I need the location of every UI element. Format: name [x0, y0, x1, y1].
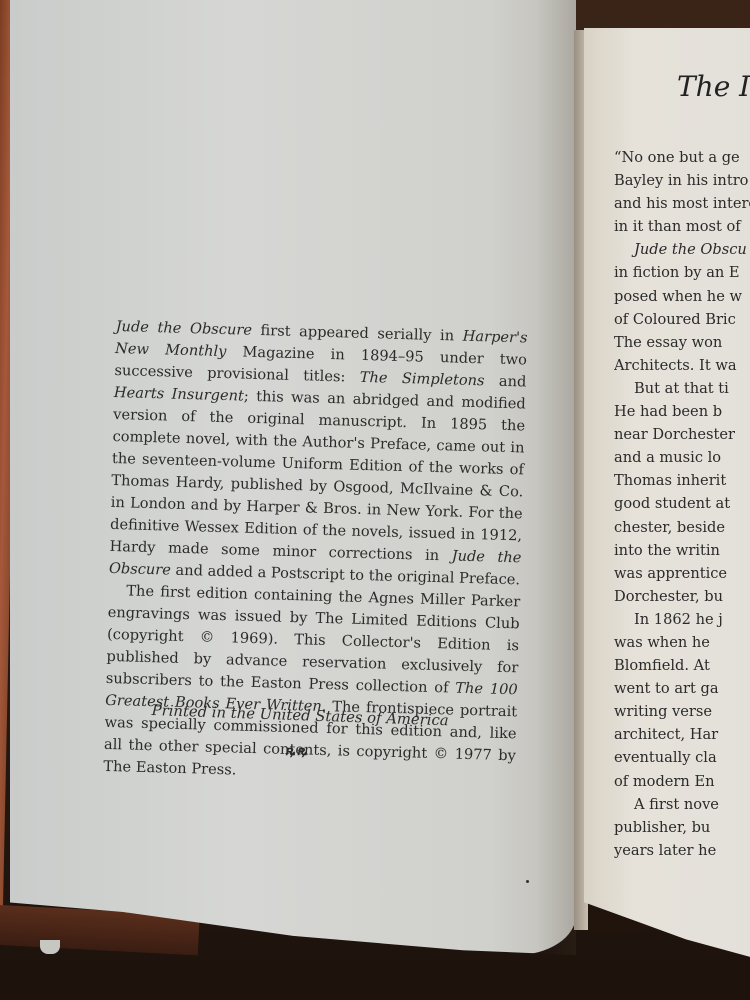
provisional-title-1: The Simpletons: [359, 369, 484, 389]
text-line: publisher, bu: [614, 816, 750, 839]
text-line: in it than most of: [614, 215, 750, 238]
text-line: A first nove: [614, 793, 750, 816]
right-page-body: “No one but a ge Bayley in his intro and…: [614, 146, 750, 862]
text-line: into the writin: [614, 539, 750, 562]
text-segment: and: [484, 372, 526, 390]
text-line: Dorchester, bu: [614, 585, 750, 608]
text-line: Jude the Obscu: [614, 238, 750, 261]
text-segment: first appeared serially in: [252, 322, 463, 345]
text-line: Blomfield. At: [614, 654, 750, 677]
left-page-spine-shadow: [536, 0, 576, 955]
text-line: Bayley in his intro: [614, 169, 750, 192]
page-tab: [40, 940, 60, 954]
text-line: Architects. It wa: [614, 354, 750, 377]
text-line: writing verse: [614, 700, 750, 723]
text-line: years later he: [614, 839, 750, 862]
paper-speck: [526, 880, 529, 883]
text-line: good student at: [614, 492, 750, 515]
text-line: Thomas inherit: [614, 469, 750, 492]
book-title: Jude the Obscure: [115, 318, 252, 339]
right-page-content: The I “No one but a ge Bayley in his int…: [584, 28, 750, 958]
chapter-title: The I: [677, 70, 750, 103]
text-line: and a music lo: [614, 446, 750, 469]
text-line: went to art ga: [614, 677, 750, 700]
text-line: was apprentice: [614, 562, 750, 585]
text-line: eventually cla: [614, 746, 750, 769]
text-line: The essay won: [614, 331, 750, 354]
text-line: and his most intere: [614, 192, 750, 215]
text-line: of Coloured Bric: [614, 308, 750, 331]
provisional-title-2: Hearts Insurgent: [114, 384, 245, 405]
printer-ornament-icon: ꝶꝶ: [285, 741, 309, 759]
text-segment: ; this was an abridged and modified vers…: [109, 388, 526, 565]
edition-paragraph: The first edition containing the Agnes M…: [103, 580, 520, 789]
text-line: He had been b: [614, 400, 750, 423]
text-line: But at that ti: [614, 377, 750, 400]
text-line: was when he: [614, 631, 750, 654]
text-line: In 1862 he j: [614, 608, 750, 631]
publication-history-paragraph: Jude the Obscure first appeared serially…: [109, 316, 528, 591]
text-line: chester, beside: [614, 516, 750, 539]
text-line: near Dorchester: [614, 423, 750, 446]
text-line: of modern En: [614, 770, 750, 793]
text-line: posed when he w: [614, 285, 750, 308]
text-line: architect, Har: [614, 723, 750, 746]
text-line: “No one but a ge: [614, 146, 750, 169]
text-line: in fiction by an E: [614, 261, 750, 284]
